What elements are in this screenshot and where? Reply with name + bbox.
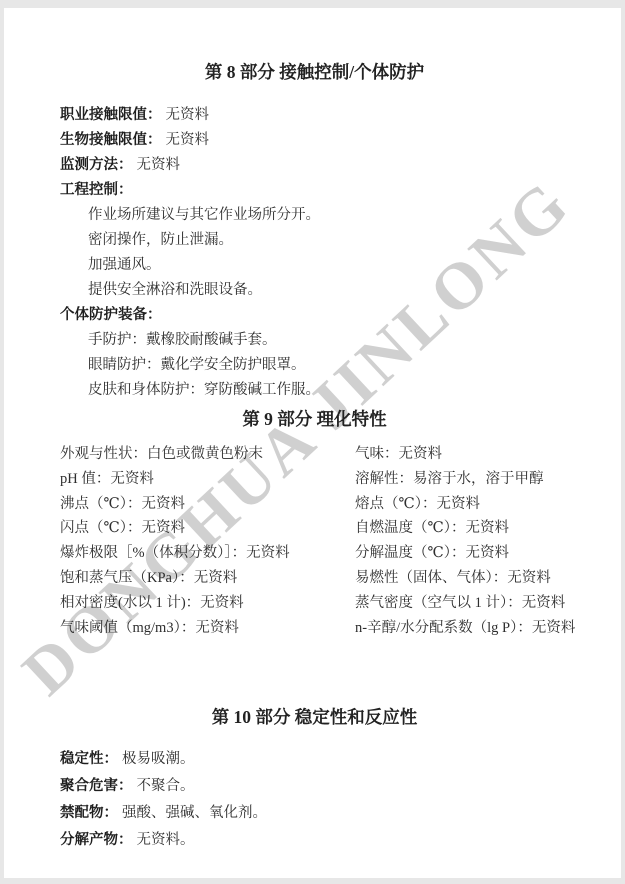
property-line: 溶解性：易溶于水，溶于甲醇 (355, 472, 575, 487)
field-value: 无资料 (166, 107, 210, 123)
section-10-title: 第 10 部分 稳定性和反应性 (60, 706, 569, 728)
field-value: 无资料 (166, 132, 210, 148)
field-label: 工程控制： (60, 182, 133, 198)
property-line: 外观与性状：白色或微黄色粉末 (60, 447, 355, 462)
section-8-body: 职业接触限值：无资料 生物接触限值：无资料 监测方法：无资料 工程控制： 作业场… (60, 108, 569, 398)
property-line: 易燃性（固体、气体）：无资料 (355, 571, 575, 586)
field-label: 个体防护装备： (60, 307, 162, 323)
text-line: 皮肤和身体防护：穿防酸碱工作服。 (60, 383, 569, 398)
section-9-title: 第 9 部分 理化特性 (60, 408, 569, 430)
field-line: 个体防护装备： (60, 308, 569, 323)
field-label: 分解产物： (60, 832, 133, 848)
property-line: 气味阈值（mg/m3）：无资料 (60, 621, 355, 636)
property-line: 熔点（℃）：无资料 (355, 497, 575, 512)
text-line: 提供安全淋浴和洗眼设备。 (60, 283, 569, 298)
document-page: DONGHUA JINLONG 第 8 部分 接触控制/个体防护 职业接触限值：… (4, 8, 621, 878)
property-line: 气味：无资料 (355, 447, 575, 462)
property-line: 蒸气密度（空气以 1 计）：无资料 (355, 596, 575, 611)
field-label: 职业接触限值： (60, 107, 162, 123)
field-line: 禁配物：强酸、强碱、氧化剂。 (60, 806, 569, 821)
property-line: 爆炸极限［%（体积分数）］：无资料 (60, 546, 355, 561)
property-line: 自燃温度（℃）：无资料 (355, 521, 575, 536)
section-9-properties: 外观与性状：白色或微黄色粉末 气味：无资料 pH 值：无资料 溶解性：易溶于水，… (60, 447, 569, 645)
field-label: 稳定性： (60, 751, 118, 767)
property-line: 饱和蒸气压（KPa）：无资料 (60, 571, 355, 586)
field-value: 无资料。 (137, 832, 195, 848)
field-value: 无资料 (137, 157, 181, 173)
property-line: 分解温度（℃）：无资料 (355, 546, 575, 561)
field-line: 聚合危害：不聚合。 (60, 779, 569, 794)
section-10-body: 稳定性：极易吸潮。 聚合危害：不聚合。 禁配物：强酸、强碱、氧化剂。 分解产物：… (60, 752, 569, 848)
text-line: 加强通风。 (60, 258, 569, 273)
document-content: 第 8 部分 接触控制/个体防护 职业接触限值：无资料 生物接触限值：无资料 监… (4, 8, 621, 848)
text-line: 手防护：戴橡胶耐酸碱手套。 (60, 333, 569, 348)
field-label: 禁配物： (60, 805, 118, 821)
property-line: 沸点（℃）：无资料 (60, 497, 355, 512)
field-value: 极易吸潮。 (122, 751, 195, 767)
field-value: 强酸、强碱、氧化剂。 (122, 805, 267, 821)
field-line: 监测方法：无资料 (60, 158, 569, 173)
property-line: 相对密度(水以 1 计)：无资料 (60, 596, 355, 611)
property-line: n-辛醇/水分配系数（lg P）：无资料 (355, 621, 575, 636)
text-line: 作业场所建议与其它作业场所分开。 (60, 208, 569, 223)
field-value: 不聚合。 (137, 778, 195, 794)
section-8-title: 第 8 部分 接触控制/个体防护 (60, 8, 569, 83)
field-label: 生物接触限值： (60, 132, 162, 148)
field-line: 稳定性：极易吸潮。 (60, 752, 569, 767)
field-line: 生物接触限值：无资料 (60, 133, 569, 148)
field-label: 监测方法： (60, 157, 133, 173)
text-line: 眼睛防护：戴化学安全防护眼罩。 (60, 358, 569, 373)
field-line: 工程控制： (60, 183, 569, 198)
property-line: pH 值：无资料 (60, 472, 355, 487)
property-line: 闪点（℃）：无资料 (60, 521, 355, 536)
text-line: 密闭操作，防止泄漏。 (60, 233, 569, 248)
field-line: 分解产物：无资料。 (60, 833, 569, 848)
field-label: 聚合危害： (60, 778, 133, 794)
field-line: 职业接触限值：无资料 (60, 108, 569, 123)
